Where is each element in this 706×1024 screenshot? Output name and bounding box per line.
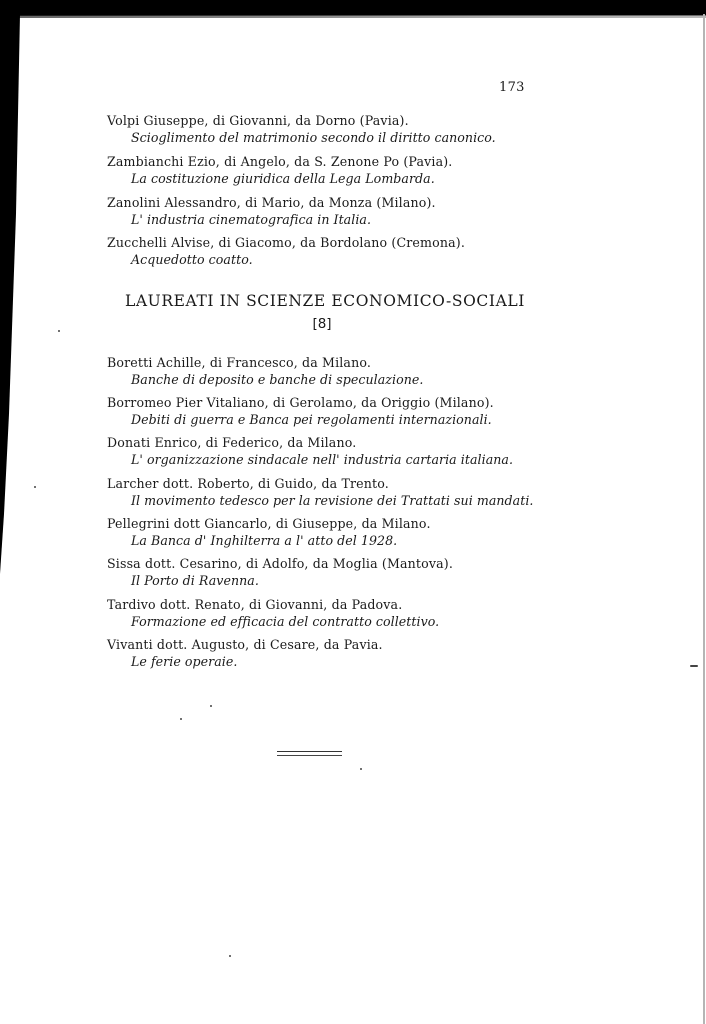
list-item: Larcher dott. Roberto, di Guido, da Tren… (107, 475, 627, 509)
list-item: Pellegrini dott Giancarlo, di Giuseppe, … (107, 515, 627, 549)
page-number: 173 (499, 80, 525, 95)
thesis-title: Acquedotto coatto. (131, 251, 627, 268)
graduate-name: Sissa dott. Cesarino, di Adolfo, da Mogl… (107, 555, 627, 572)
thesis-title: L' industria cinematografica in Italia. (131, 211, 627, 228)
graduate-name: Zambianchi Ezio, di Angelo, da S. Zenone… (107, 153, 627, 170)
scan-right-edge (703, 14, 705, 1024)
end-decorative-rule (277, 751, 342, 756)
graduate-name: Larcher dott. Roberto, di Guido, da Tren… (107, 475, 627, 492)
list-item: Tardivo dott. Renato, di Giovanni, da Pa… (107, 596, 627, 630)
section-heading: LAUREATI IN SCIENZE ECONOMICO-SOCIALI (0, 292, 650, 310)
thesis-title: La Banca d' Inghilterra a l' atto del 19… (131, 532, 627, 549)
list-item: Borromeo Pier Vitaliano, di Gerolamo, da… (107, 394, 627, 428)
scan-speck (180, 718, 182, 720)
thesis-title: Banche di deposito e banche di speculazi… (131, 371, 627, 388)
graduate-name: Vivanti dott. Augusto, di Cesare, da Pav… (107, 636, 627, 653)
thesis-title: Scioglimento del matrimonio secondo il d… (131, 129, 627, 146)
list-item: Sissa dott. Cesarino, di Adolfo, da Mogl… (107, 555, 627, 589)
list-item: Volpi Giuseppe, di Giovanni, da Dorno (P… (107, 112, 627, 146)
thesis-title: Il movimento tedesco per la revisione de… (131, 492, 627, 509)
graduate-name: Borromeo Pier Vitaliano, di Gerolamo, da… (107, 394, 627, 411)
scan-speck (210, 705, 212, 707)
scan-speck (690, 665, 698, 667)
graduate-name: Pellegrini dott Giancarlo, di Giuseppe, … (107, 515, 627, 532)
thesis-title: Il Porto di Ravenna. (131, 572, 627, 589)
thesis-title: L' organizzazione sindacale nell' indust… (131, 451, 627, 468)
list-item: Zambianchi Ezio, di Angelo, da S. Zenone… (107, 153, 627, 187)
graduate-name: Tardivo dott. Renato, di Giovanni, da Pa… (107, 596, 627, 613)
list-item: Donati Enrico, di Federico, da Milano. L… (107, 434, 627, 468)
scan-top-border (0, 0, 706, 16)
scan-speck (34, 486, 36, 488)
graduate-name: Volpi Giuseppe, di Giovanni, da Dorno (P… (107, 112, 627, 129)
graduate-name: Donati Enrico, di Federico, da Milano. (107, 434, 627, 451)
thesis-title: Debiti di guerra e Banca pei regolamenti… (131, 411, 627, 428)
scan-speck (360, 768, 362, 770)
list-item: Vivanti dott. Augusto, di Cesare, da Pav… (107, 636, 627, 670)
scan-border-fringe (0, 15, 706, 18)
graduate-name: Boretti Achille, di Francesco, da Milano… (107, 354, 627, 371)
thesis-title: La costituzione giuridica della Lega Lom… (131, 170, 627, 187)
scan-speck (229, 955, 231, 957)
list-item: Boretti Achille, di Francesco, da Milano… (107, 354, 627, 388)
thesis-title: Formazione ed efficacia del contratto co… (131, 613, 627, 630)
thesis-title: Le ferie operaie. (131, 653, 627, 670)
list-item: Zanolini Alessandro, di Mario, da Monza … (107, 194, 627, 228)
graduate-name: Zanolini Alessandro, di Mario, da Monza … (107, 194, 627, 211)
graduate-name: Zucchelli Alvise, di Giacomo, da Bordola… (107, 234, 627, 251)
list-item: Zucchelli Alvise, di Giacomo, da Bordola… (107, 234, 627, 268)
section-count: [8] (0, 316, 644, 332)
scan-speck (58, 330, 60, 332)
